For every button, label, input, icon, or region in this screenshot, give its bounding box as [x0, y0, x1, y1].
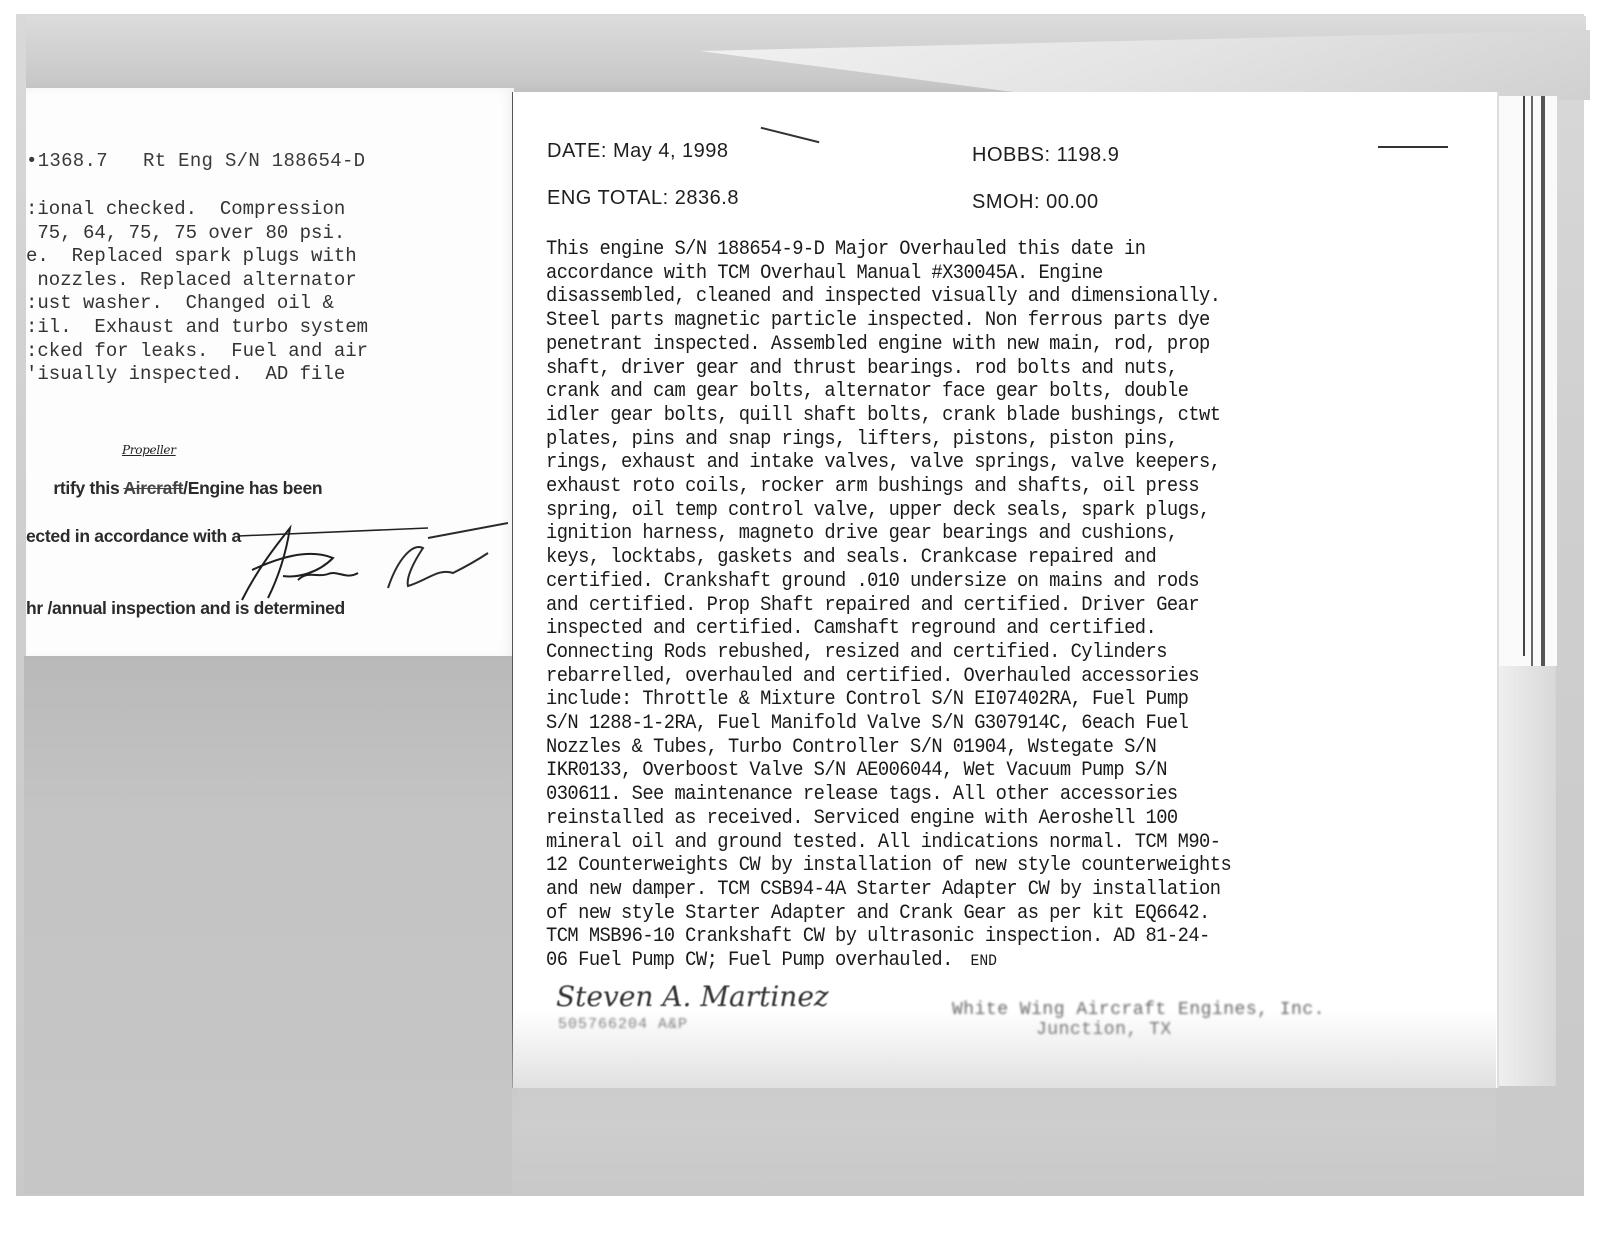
previous-entry-text: :ional checked. Compression 75, 64, 75, …: [26, 198, 368, 387]
overhaul-text-line: keys, locktabs, gaskets and seals. Crank…: [546, 546, 1392, 570]
handwritten-propeller: Propeller: [122, 438, 176, 462]
previous-entry-line: 'isually inspected. AD file: [26, 363, 368, 387]
overhaul-text-line: TCM MSB96-10 Crankshaft CW by ultrasonic…: [546, 925, 1392, 949]
previous-entry-line: :ional checked. Compression: [26, 198, 368, 222]
eng-total-value: 2836.8: [675, 187, 739, 209]
previous-entry-header: •1368.7 Rt Eng S/N 188654-D: [26, 150, 365, 172]
previous-logbook-entry: •1368.7 Rt Eng S/N 188654-D :ional check…: [26, 88, 514, 658]
previous-entry-line: 75, 64, 75, 75 over 80 psi.: [26, 222, 368, 246]
date-field: DATE: May 4, 1998: [547, 140, 729, 163]
overhaul-text-line: rings, exhaust and intake valves, valve …: [546, 451, 1392, 475]
overhaul-text-line: Connecting Rods rebushed, resized and ce…: [546, 641, 1392, 665]
eng-total-label: ENG TOTAL:: [547, 187, 669, 209]
hobbs-label: HOBBS:: [972, 144, 1051, 166]
end-marker: END: [953, 952, 997, 970]
overhaul-text-line: disassembled, cleaned and inspected visu…: [546, 285, 1392, 309]
overhaul-text-line: accordance with TCM Overhaul Manual #X30…: [546, 262, 1392, 286]
hobbs-field: HOBBS: 1198.9: [972, 144, 1119, 167]
smoh-value: 00.00: [1046, 191, 1099, 213]
overhaul-text-line: include: Throttle & Mixture Control S/N …: [546, 688, 1392, 712]
overhaul-text-line: plates, pins and snap rings, lifters, pi…: [546, 428, 1392, 452]
smoh-field: SMOH: 00.00: [972, 191, 1099, 214]
scan-fade-bottom: [512, 1010, 1496, 1200]
pen-stroke: [1378, 146, 1448, 148]
overhaul-text-line: shaft, driver gear and thrust bearings. …: [546, 357, 1392, 381]
overhaul-text-line: certified. Crankshaft ground .010 unders…: [546, 570, 1392, 594]
eng-total-field: ENG TOTAL: 2836.8: [547, 187, 739, 210]
smoh-label: SMOH:: [972, 191, 1040, 213]
overhaul-text-line: S/N 1288-1-2RA, Fuel Manifold Valve S/N …: [546, 712, 1392, 736]
stamp-line-1-suffix: /Engine has been: [183, 478, 322, 498]
stamp-struck-aircraft: Aircraft: [123, 478, 183, 498]
previous-entry-line: e. Replaced spark plugs with: [26, 245, 368, 269]
overhaul-text-line: Nozzles & Tubes, Turbo Controller S/N 01…: [546, 736, 1392, 760]
overhaul-text-line: rebarrelled, overhauled and certified. O…: [546, 665, 1392, 689]
scan-margin-bottom: [0, 1196, 1600, 1236]
overhaul-text-line: idler gear bolts, quill shaft bolts, cra…: [546, 404, 1392, 428]
overhaul-text-line: spring, oil temp control valve, upper de…: [546, 499, 1392, 523]
hobbs-value: 1198.9: [1057, 144, 1120, 166]
overhaul-text-line: mineral oil and ground tested. All indic…: [546, 831, 1392, 855]
previous-entry-engine-sn: Rt Eng S/N 188654-D: [143, 150, 365, 172]
previous-entry-line: :il. Exhaust and turbo system: [26, 316, 368, 340]
date-value: May 4, 1998: [613, 140, 729, 162]
overhaul-text-line: 12 Counterweights CW by installation of …: [546, 854, 1392, 878]
overhaul-text-line: of new style Starter Adapter and Crank G…: [546, 902, 1392, 926]
overhaul-text-line: crank and cam gear bolts, alternator fac…: [546, 380, 1392, 404]
overhaul-text-line: This engine S/N 188654-9-D Major Overhau…: [546, 238, 1392, 262]
overhaul-text-line: 030611. See maintenance release tags. Al…: [546, 783, 1392, 807]
stacked-page-edges: [1496, 96, 1557, 666]
previous-entry-line: :ust washer. Changed oil &: [26, 292, 368, 316]
date-label: DATE:: [547, 140, 607, 162]
overhaul-text-line: Steel parts magnetic particle inspected.…: [546, 309, 1392, 333]
stamp-line-1-prefix: rtify this: [53, 478, 123, 498]
overhaul-text-line: and certified. Prop Shaft repaired and c…: [546, 594, 1392, 618]
previous-entry-line: :cked for leaks. Fuel and air: [26, 340, 368, 364]
overhaul-text-line: 06 Fuel Pump CW; Fuel Pump overhauled. E…: [546, 949, 1392, 974]
overhaul-text-line: and new damper. TCM CSB94-4A Starter Ada…: [546, 878, 1392, 902]
overhaul-text-line: ignition harness, magneto drive gear bea…: [546, 522, 1392, 546]
overhaul-text-line: inspected and certified. Camshaft regrou…: [546, 617, 1392, 641]
lower-right-shadow: [1496, 666, 1556, 1086]
underlying-page-shadow: [24, 656, 518, 1194]
overhaul-text-line: reinstalled as received. Serviced engine…: [546, 807, 1392, 831]
signature-steven-martinez: Steven A. Martinez: [556, 980, 829, 1013]
overhaul-text-line: IKR0133, Overboost Valve S/N AE006044, W…: [546, 759, 1392, 783]
previous-entry-hours: •1368.7: [26, 150, 108, 172]
previous-entry-line: nozzles. Replaced alternator: [26, 269, 368, 293]
overhaul-text-line: penetrant inspected. Assembled engine wi…: [546, 333, 1392, 357]
overhaul-description: This engine S/N 188654-9-D Major Overhau…: [546, 238, 1392, 974]
signature-ronald-stegemoller: [238, 518, 508, 608]
overhaul-text-line: exhaust roto coils, rocker arm bushings …: [546, 475, 1392, 499]
